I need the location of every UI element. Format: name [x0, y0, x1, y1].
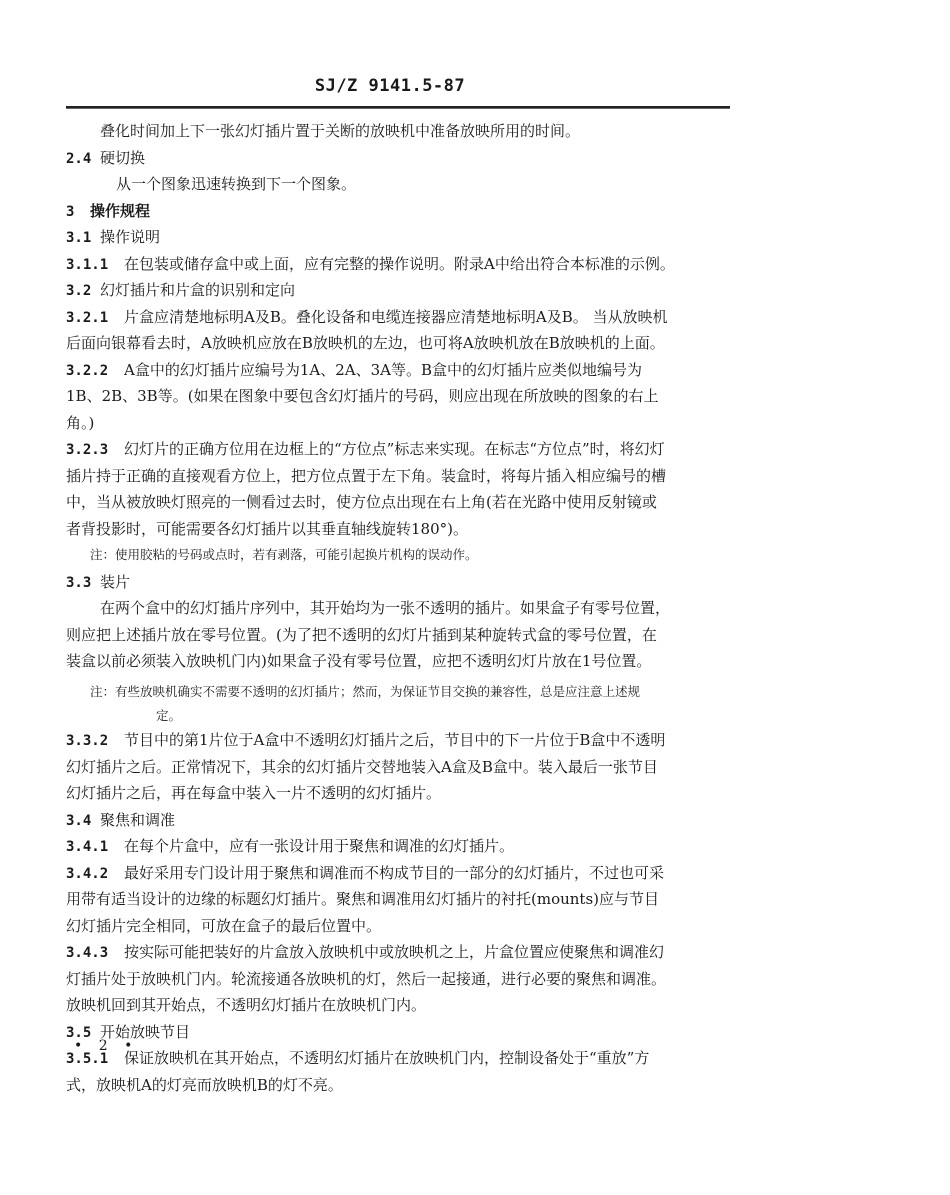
section-3-4-2-line-1: 3.4.2最好采用专门设计用于聚焦和调准而不构成节目的一部分的幻灯插片，不过也可…: [66, 860, 736, 887]
section-number: 3.4.3: [66, 940, 124, 967]
section-2-4-body: 从一个图象迅速转换到下一个图象。: [66, 171, 736, 198]
section-title: 操作说明: [100, 228, 160, 246]
section-number: 3.2: [66, 278, 100, 305]
section-3-2-heading: 3.2幻灯插片和片盒的识别和定向: [66, 277, 736, 304]
section-3-2-1-line-2: 后面向银幕看去时，A放映机应放在B放映机的左边，也可将A放映机放在B放映机的上面…: [66, 330, 736, 357]
section-number: 3.4.2: [66, 861, 124, 888]
section-3-3-2-line-3: 幻灯插片之后，再在每盒中装入一片不透明的幻灯插片。: [66, 780, 736, 807]
section-number: 3.1.1: [66, 252, 124, 279]
header-rule: [66, 106, 730, 109]
section-3-2-2-line-2: 1B、2B、3B等。(如果在图象中要包含幻灯插片的号码，则应出现在所放映的图象的…: [66, 383, 736, 410]
section-number: 3.3.2: [66, 728, 124, 755]
page-number: • 2 •: [74, 1038, 138, 1054]
section-3-5-1-line-2: 式，放映机A的灯亮而放映机B的灯不亮。: [66, 1072, 736, 1099]
text-line: 幻灯片的正确方位用在边框上的“方位点”标志来实现。在标志“方位点”时，将幻灯: [124, 440, 665, 458]
section-3-3-2-line-2: 幻灯插片之后。正常情况下，其余的幻灯插片交替地装入A盒及B盒中。装入最后一张节目: [66, 754, 736, 781]
note-3-3-line-1: 注：有些放映机确实不需要不透明的幻灯插片；然而，为保证节目交换的兼容性，总是应注…: [66, 679, 736, 706]
section-body: 在每个片盒中，应有一张设计用于聚焦和调准的幻灯插片。: [124, 837, 514, 855]
section-3-4-1: 3.4.1在每个片盒中，应有一张设计用于聚焦和调准的幻灯插片。: [66, 833, 736, 860]
section-number: 3: [66, 199, 90, 226]
document-body: 叠化时间加上下一张幻灯插片置于关断的放映机中准备放映所用的时间。 2.4硬切换 …: [66, 118, 736, 1098]
section-3-3-line-2: 则应把上述插片放在零号位置。(为了把不透明的幻灯片插到某种旋转式盒的零号位置，在: [66, 622, 736, 649]
section-3-2-2-line-1: 3.2.2A盒中的幻灯插片应编号为1A、2A、3A等。B盒中的幻灯插片应类似地编…: [66, 357, 736, 384]
section-3-2-3-line-2: 插片持于正确的直接观看方位上，把方位点置于左下角。装盒时，将每片插入相应编号的槽: [66, 463, 736, 490]
section-number: 2.4: [66, 146, 100, 173]
section-3-2-3-line-1: 3.2.3幻灯片的正确方位用在边框上的“方位点”标志来实现。在标志“方位点”时，…: [66, 436, 736, 463]
section-title: 装片: [100, 573, 130, 591]
section-3-1-1: 3.1.1在包装或储存盒中或上面，应有完整的操作说明。附录A中给出符合本标准的示…: [66, 251, 736, 278]
section-3-2-3-line-4: 者背投影时，可能需要各幻灯插片以其垂直轴线旋转180°)。: [66, 516, 736, 543]
section-3-5-1-line-1: 3.5.1保证放映机在其开始点，不透明幻灯插片在放映机门内，控制设备处于“重放”…: [66, 1045, 736, 1072]
section-3-2-1-line-1: 3.2.1片盒应清楚地标明A及B。叠化设备和电缆连接器应清楚地标明A及B。 当从…: [66, 304, 736, 331]
section-number: 3.2.2: [66, 358, 124, 385]
text-line: 按实际可能把装好的片盒放入放映机中或放映机之上，片盒位置应使聚焦和调准幻: [124, 943, 664, 961]
section-3-4-3-line-3: 放映机回到其开始点，不透明幻灯插片在放映机门内。: [66, 992, 736, 1019]
section-number: 3.4.1: [66, 834, 124, 861]
section-3-4-3-line-2: 灯插片处于放映机门内。轮流接通各放映机的灯，然后一起接通，进行必要的聚焦和调准。: [66, 966, 736, 993]
section-2-4-heading: 2.4硬切换: [66, 145, 736, 172]
section-title: 幻灯插片和片盒的识别和定向: [100, 281, 295, 299]
section-3-heading: 3操作规程: [66, 198, 736, 225]
section-3-3-line-3: 装盒以前必须装入放映机门内)如果盒子没有零号位置，应把不透明幻灯片放在1号位置。: [66, 648, 736, 675]
section-number: 3.1: [66, 225, 100, 252]
section-3-4-3-line-1: 3.4.3按实际可能把装好的片盒放入放映机中或放映机之上，片盒位置应使聚焦和调准…: [66, 939, 736, 966]
section-3-1-heading: 3.1操作说明: [66, 224, 736, 251]
paragraph-continuation: 叠化时间加上下一张幻灯插片置于关断的放映机中准备放映所用的时间。: [66, 118, 736, 145]
section-title: 操作规程: [90, 202, 150, 220]
section-number: 3.2.1: [66, 305, 124, 332]
section-3-2-3-line-3: 中，当从被放映灯照亮的一侧看过去时，使方位点出现在右上角(若在光路中使用反射镜或: [66, 489, 736, 516]
section-3-2-2-line-3: 角。): [66, 410, 736, 437]
text-line: 最好采用专门设计用于聚焦和调准而不构成节目的一部分的幻灯插片，不过也可采: [124, 864, 664, 882]
section-number: 3.3: [66, 570, 100, 597]
section-body: 在包装或储存盒中或上面，应有完整的操作说明。附录A中给出符合本标准的示例。: [124, 255, 675, 273]
section-title: 聚焦和调准: [100, 811, 175, 829]
section-3-5-heading: 3.5开始放映节目: [66, 1019, 736, 1046]
section-title: 硬切换: [100, 149, 145, 167]
section-number: 3.4: [66, 808, 100, 835]
note-3-2-3: 注：使用胶粘的号码或点时，若有剥落，可能引起换片机构的误动作。: [66, 542, 736, 569]
section-3-3-2-line-1: 3.3.2节目中的第1片位于A盒中不透明幻灯插片之后，节目中的下一片位于B盒中不…: [66, 727, 736, 754]
text-line: 保证放映机在其开始点，不透明幻灯插片在放映机门内，控制设备处于“重放”方: [124, 1049, 649, 1067]
section-3-4-2-line-3: 幻灯插片完全相同，可放在盒子的最后位置中。: [66, 913, 736, 940]
text-line: 节目中的第1片位于A盒中不透明幻灯插片之后，节目中的下一片位于B盒中不透明: [124, 731, 665, 749]
section-3-3-heading: 3.3装片: [66, 569, 736, 596]
text-line: 片盒应清楚地标明A及B。叠化设备和电缆连接器应清楚地标明A及B。 当从放映机: [124, 308, 667, 326]
note-3-3-line-2: 定。: [66, 705, 736, 727]
section-3-4-heading: 3.4聚焦和调准: [66, 807, 736, 834]
section-3-4-2-line-2: 用带有适当设计的边缘的标题幻灯插片。聚焦和调准用幻灯插片的衬托(mounts)应…: [66, 886, 736, 913]
document-header: SJ/Z 9141.5-87: [0, 76, 950, 96]
standard-code: SJ/Z 9141.5-87: [315, 76, 465, 96]
text-line: A盒中的幻灯插片应编号为1A、2A、3A等。B盒中的幻灯插片应类似地编号为: [124, 361, 642, 379]
section-number: 3.2.3: [66, 437, 124, 464]
section-3-3-line-1: 在两个盒中的幻灯插片序列中，其开始均为一张不透明的插片。如果盒子有零号位置，: [66, 595, 736, 622]
